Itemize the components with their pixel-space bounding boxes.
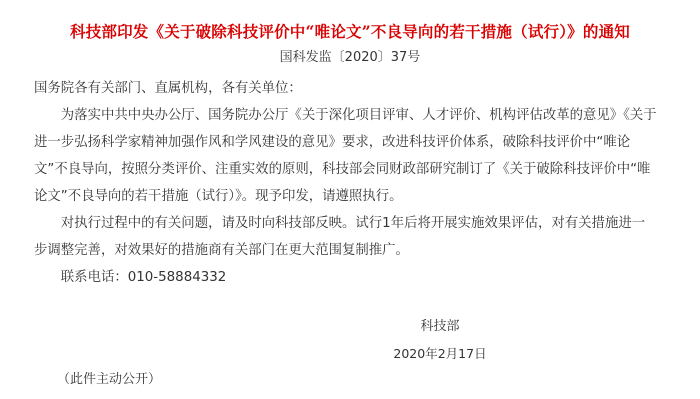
salutation: 国务院各有关部门、直属机构，各有关单位： bbox=[34, 75, 658, 102]
issue-date: 2020年2月17日 bbox=[380, 344, 500, 364]
body-paragraph-2: 对执行过程中的有关问题，请及时向科技部反映。试行1年后将开展实施效果评估，对有关… bbox=[34, 210, 658, 264]
document-title: 科技部印发《关于破除科技评价中“唯论文”不良导向的若干措施（试行）》的通知 bbox=[0, 21, 700, 43]
disclosure-note: （此件主动公开） bbox=[57, 370, 161, 390]
contact-phone: 联系电话：010-58884332 bbox=[34, 264, 658, 291]
document-number: 国科发监〔2020〕37号 bbox=[0, 48, 700, 68]
issuing-authority: 科技部 bbox=[380, 317, 500, 337]
document-body: 国务院各有关部门、直属机构，各有关单位： 为落实中共中央办公厅、国务院办公厅《关… bbox=[34, 75, 658, 291]
body-paragraph-1: 为落实中共中央办公厅、国务院办公厅《关于深化项目评审、人才评价、机构评估改革的意… bbox=[34, 102, 658, 210]
